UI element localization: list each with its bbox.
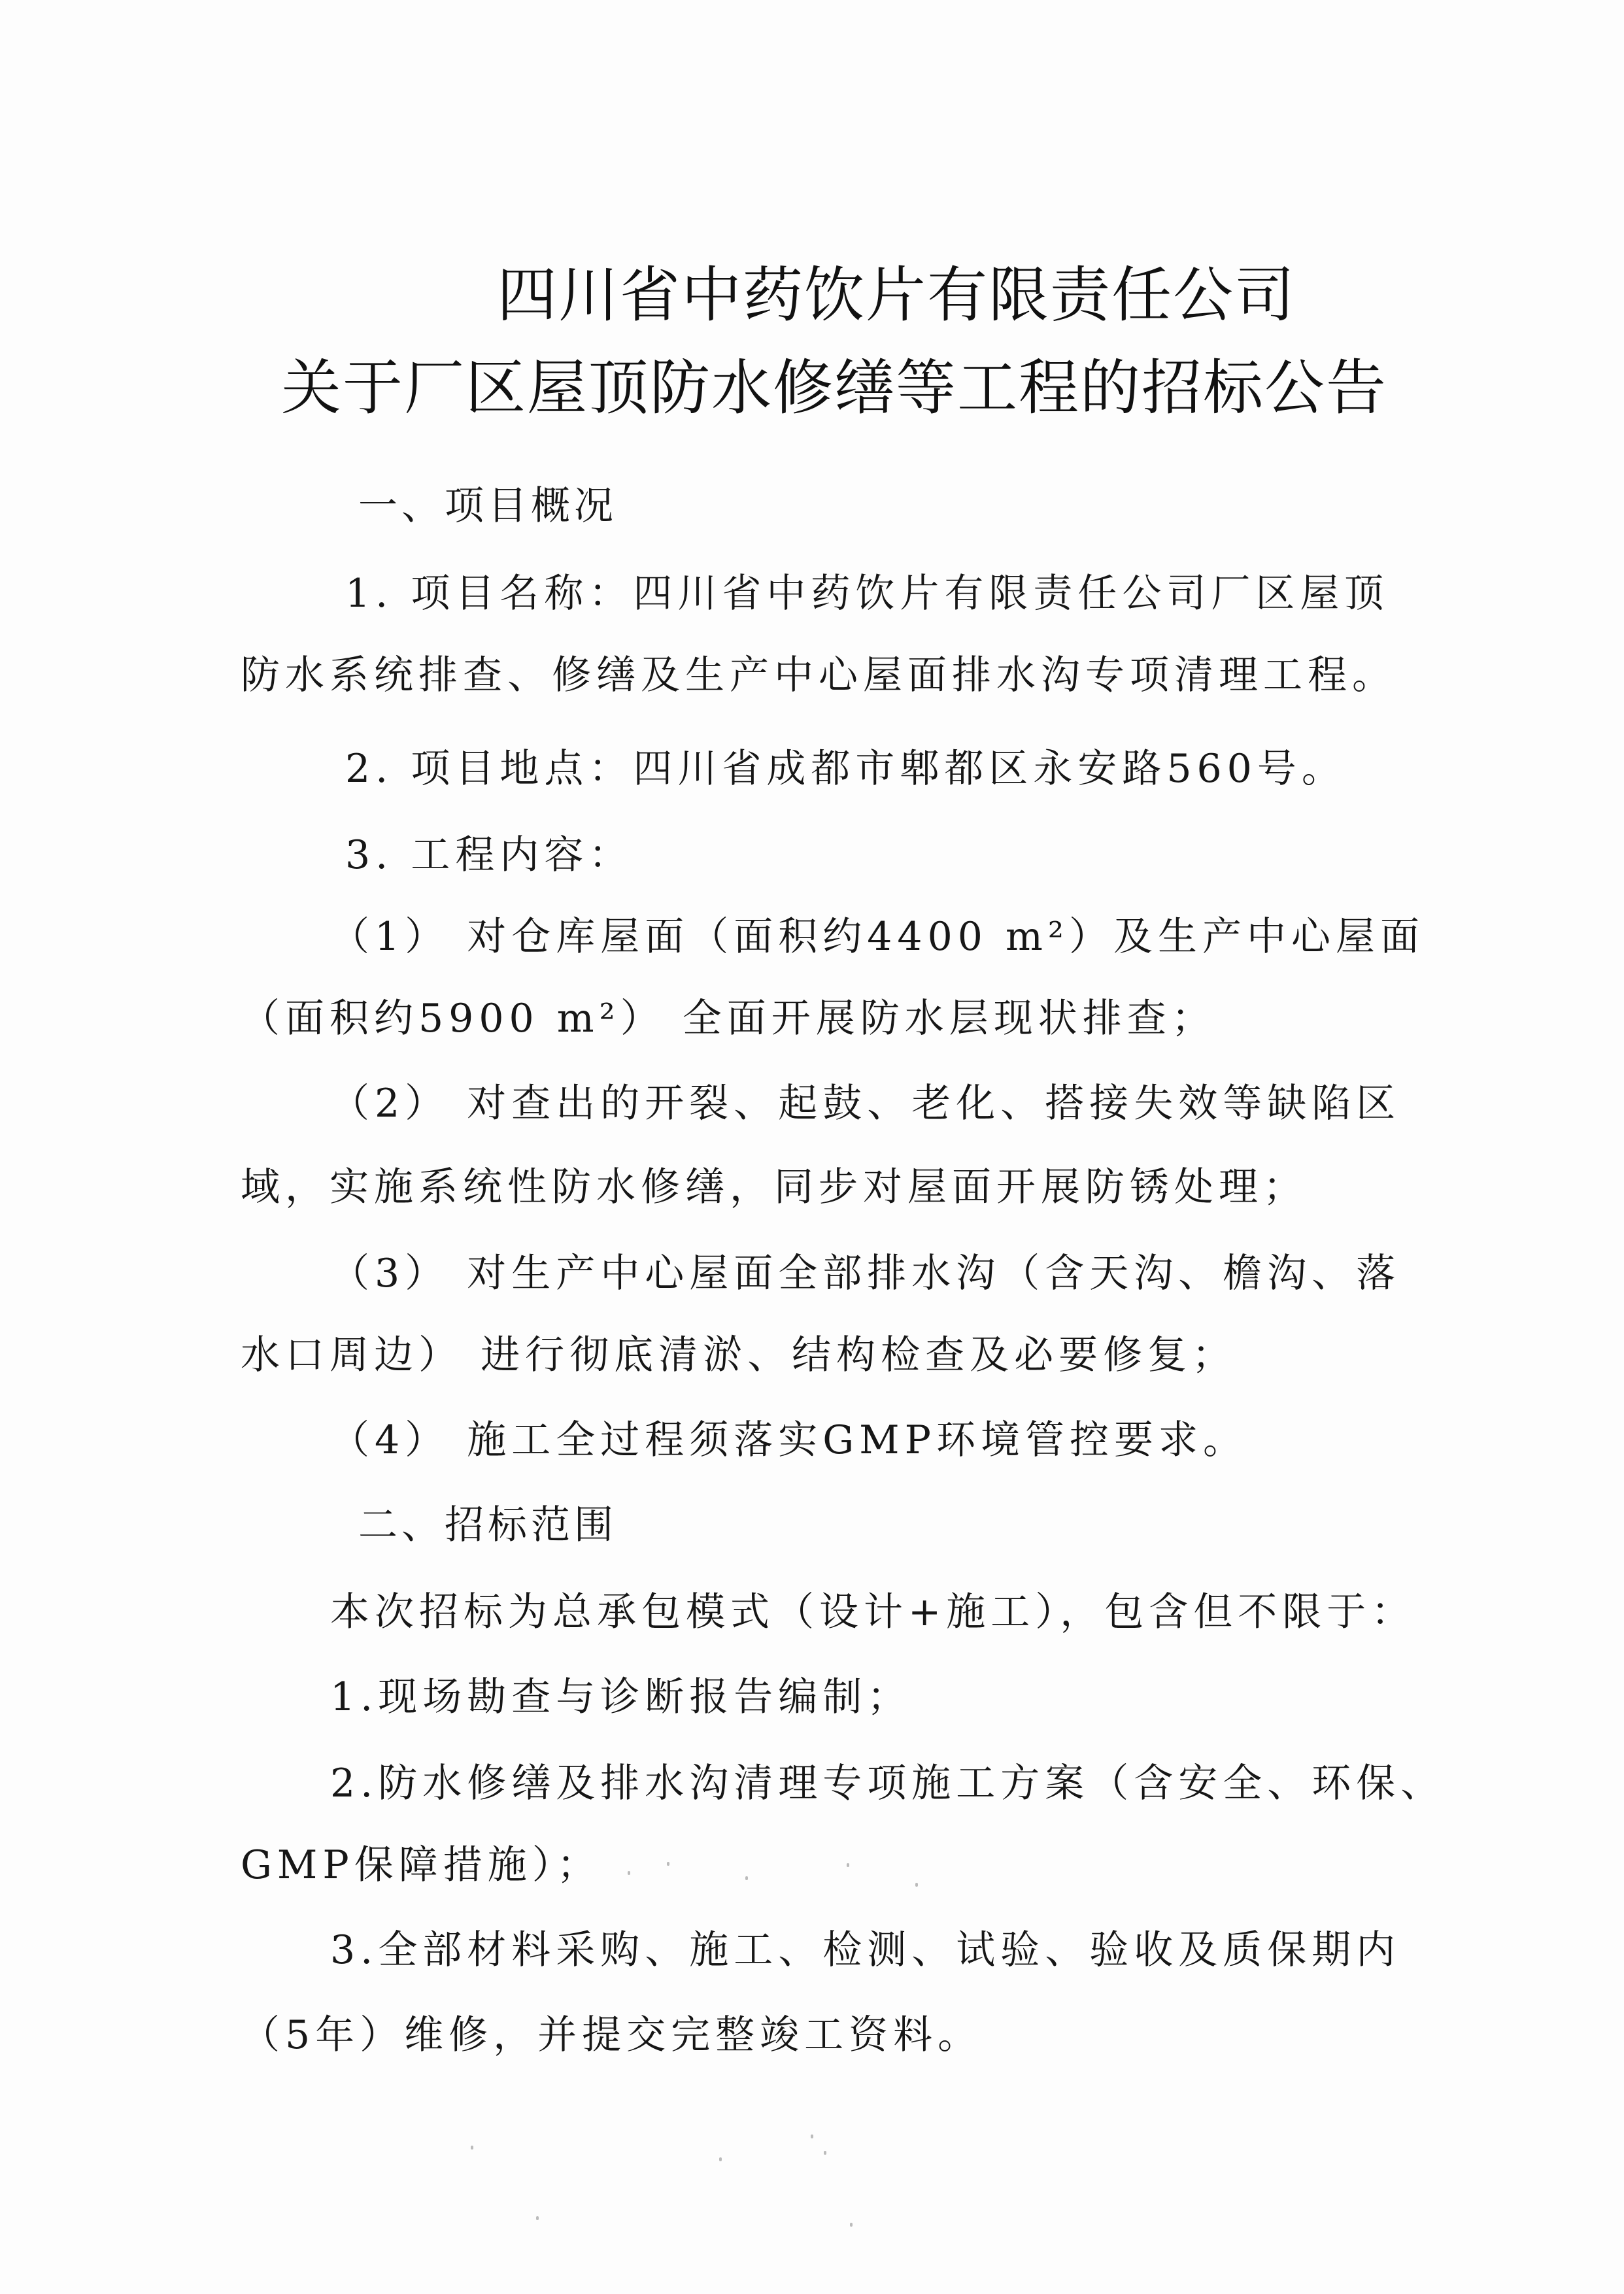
document-page: 四川省中药饮片有限责任公司 关于厂区屋顶防水修缮等工程的招标公告 一、项目概况 … — [0, 0, 1624, 2294]
scope-item-1: 1.现场勘查与诊断报告编制； — [330, 1666, 911, 1722]
scan-speck — [628, 1871, 630, 1875]
project-name-line-2: 防水系统排查、修缮及生产中心屋面排水沟专项清理工程。 — [241, 644, 1396, 700]
scan-speck — [811, 2134, 813, 2138]
bid-scope-intro: 本次招标为总承包模式（设计+施工），包含但不限于： — [330, 1581, 1415, 1637]
scope-item-3-line-2: （5年）维修，并提交完整竣工资料。 — [241, 2004, 982, 2060]
scan-speck — [667, 1862, 669, 1866]
scan-speck — [745, 1876, 748, 1880]
work-item-3-line-2: 水口周边） 进行彻底清淤、结构检查及必要修复； — [241, 1324, 1236, 1380]
work-item-3-line-1: （3） 对生产中心屋面全部排水沟（含天沟、檐沟、落 — [330, 1242, 1400, 1298]
scan-speck — [824, 2151, 826, 2155]
section-2-heading: 二、招标范围 — [358, 1494, 617, 1550]
scan-speck — [850, 2223, 853, 2227]
work-item-1-line-1: （1） 对仓库屋面（面积约4400 m²）及生产中心屋面 — [330, 905, 1425, 962]
work-item-1-line-2: （面积约5900 m²） 全面开展防水层现状排查； — [241, 987, 1216, 1043]
scan-speck — [536, 2216, 539, 2220]
work-item-2-line-2: 域，实施系统性防水修缮，同步对屋面开展防锈处理； — [241, 1156, 1308, 1212]
scan-speck — [471, 2146, 473, 2150]
section-1-heading: 一、项目概况 — [358, 475, 617, 531]
work-content-heading: 3. 工程内容： — [345, 824, 633, 880]
document-title-line-1: 四川省中药饮片有限责任公司 — [497, 247, 1296, 333]
project-location: 2. 项目地点：四川省成都市郫都区永安路560号。 — [345, 737, 1346, 794]
scope-item-2-line-2: GMP保障措施）； — [241, 1834, 601, 1890]
scope-item-3-line-1: 3.全部材料采购、施工、检测、试验、验收及质保期内 — [330, 1919, 1400, 1975]
scope-item-2-line-1: 2.防水修缮及排水沟清理专项施工方案（含安全、环保、 — [330, 1752, 1445, 1808]
scan-speck — [719, 2157, 722, 2161]
work-item-4: （4） 施工全过程须落实GMP环境管控要求。 — [330, 1409, 1247, 1465]
work-item-2-line-1: （2） 对查出的开裂、起鼓、老化、搭接失效等缺陷区 — [330, 1072, 1400, 1128]
scan-speck — [915, 1883, 918, 1887]
document-title-line-2: 关于厂区屋顶防水修缮等工程的招标公告 — [281, 340, 1387, 426]
project-name-line-1: 1. 项目名称：四川省中药饮片有限责任公司厂区屋顶 — [345, 562, 1389, 618]
scan-speck — [847, 1863, 849, 1867]
